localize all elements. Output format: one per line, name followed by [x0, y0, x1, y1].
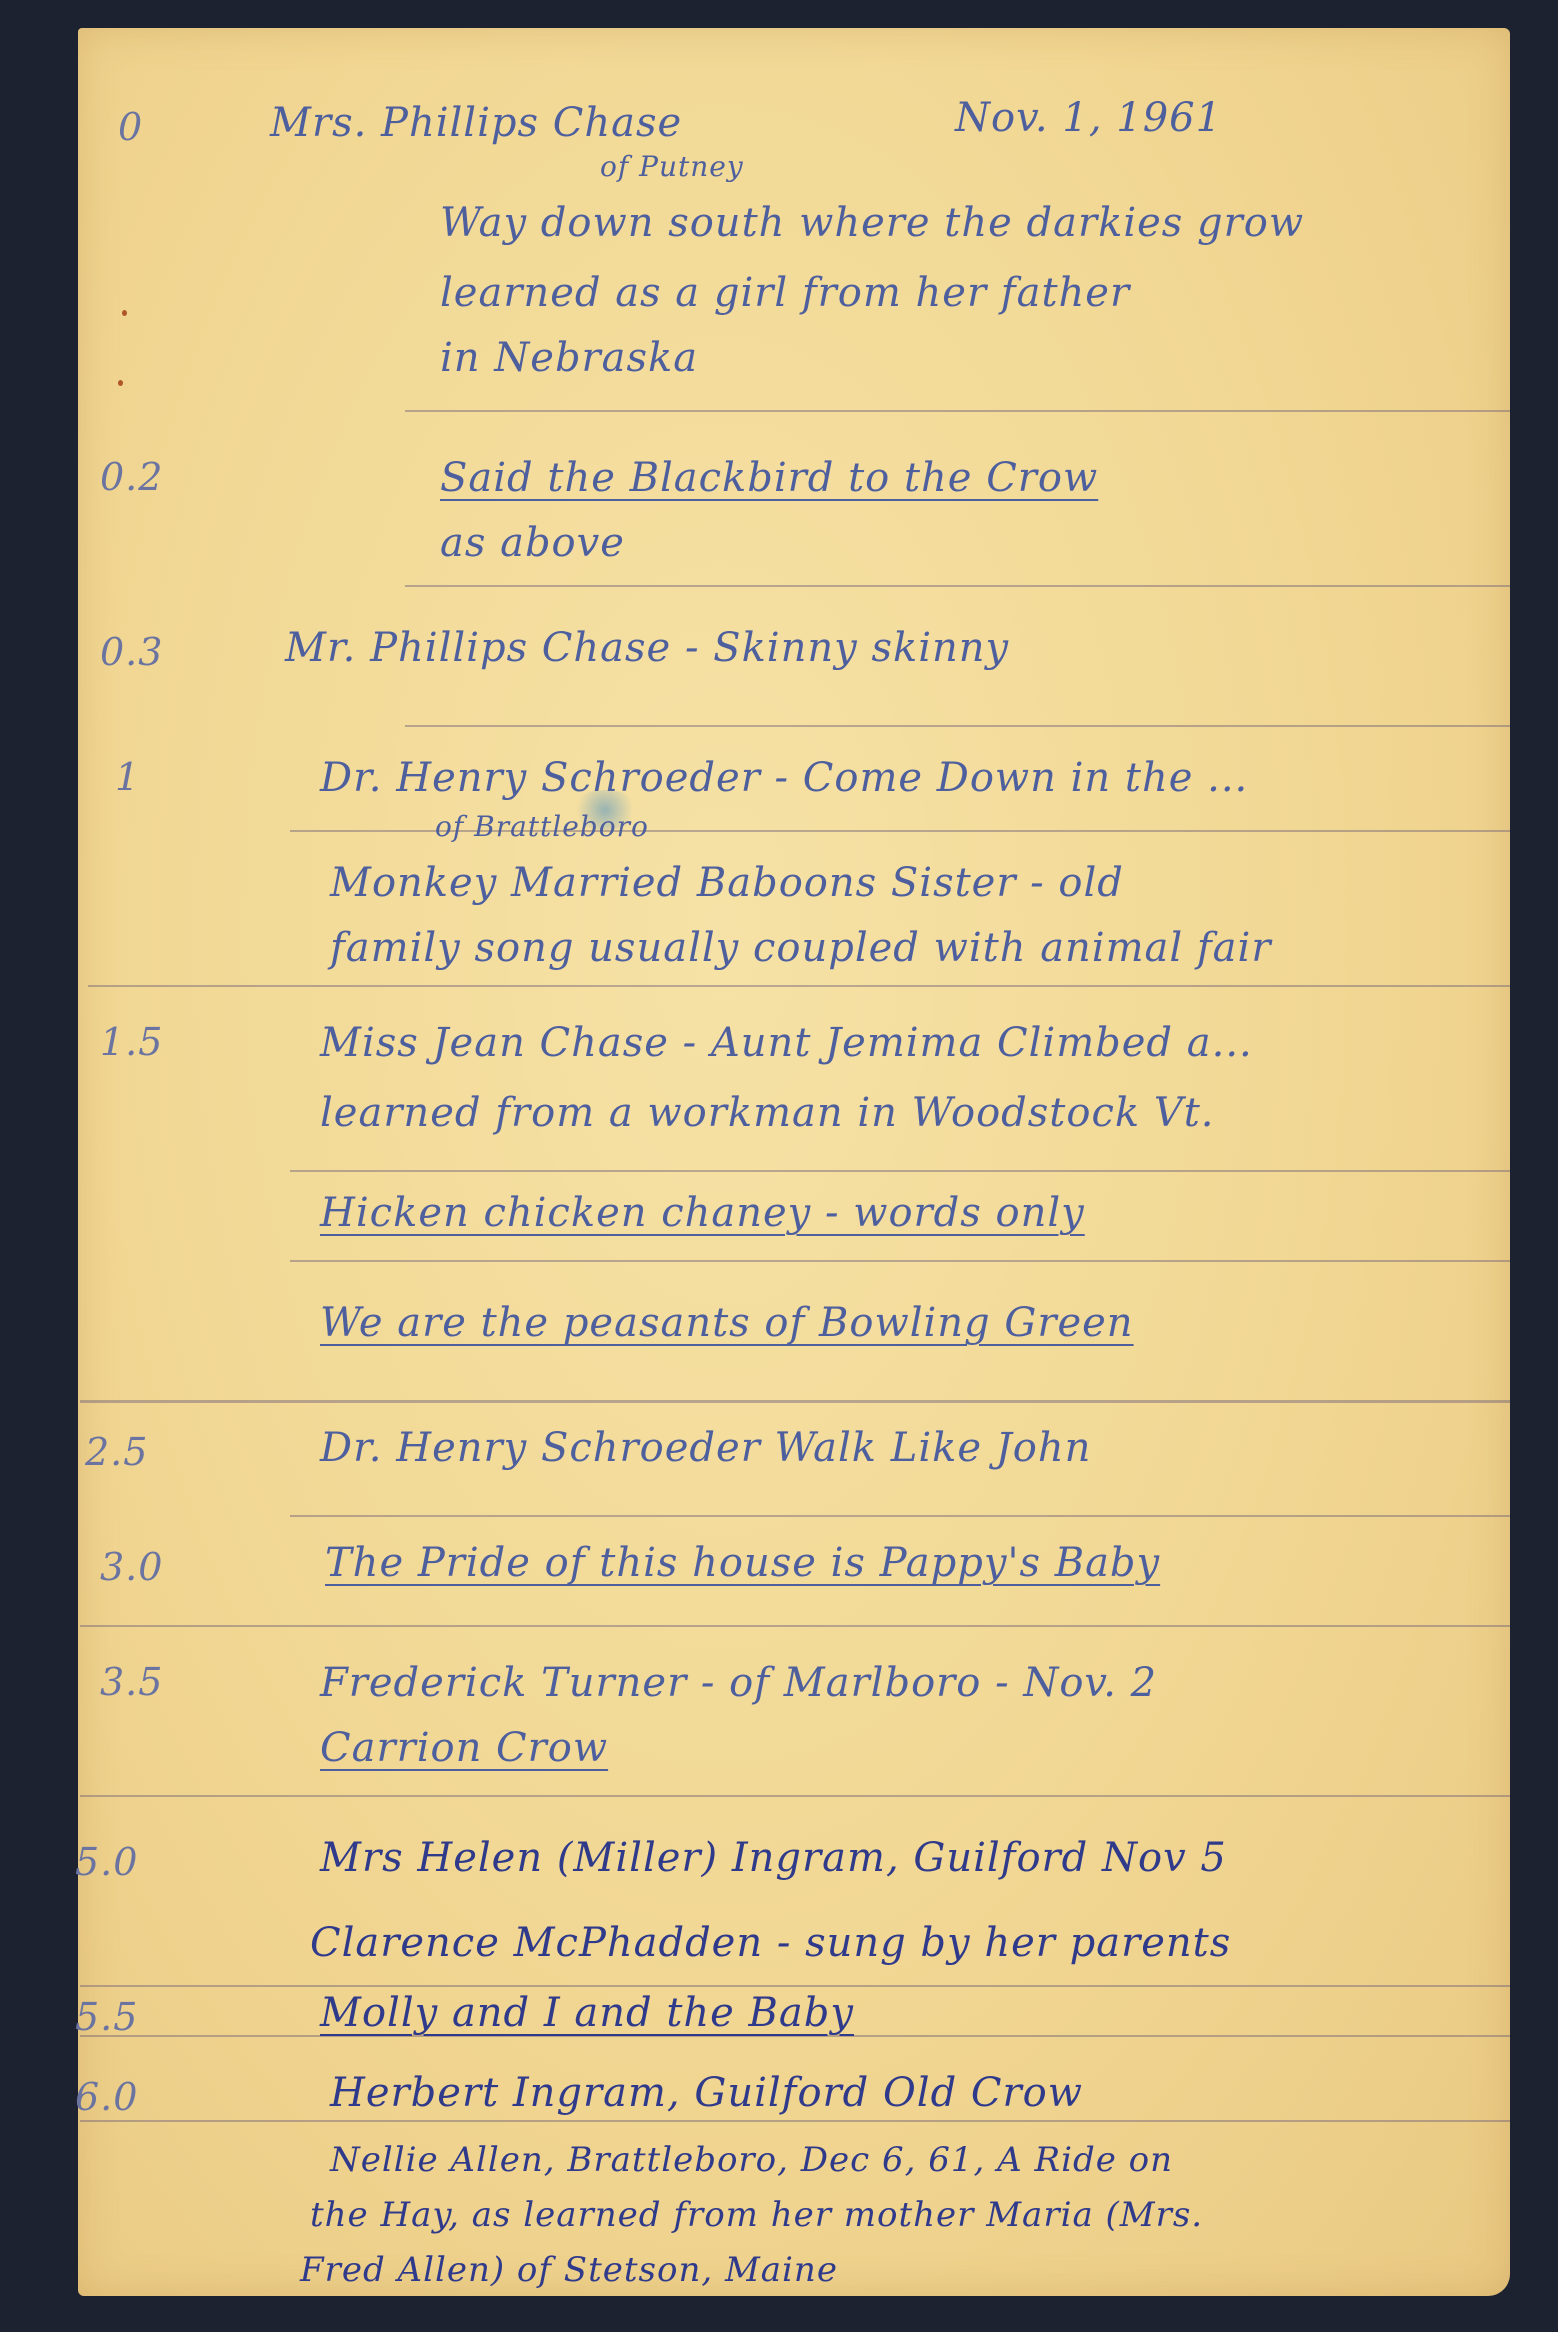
entry-6-0-note-1: Nellie Allen, Brattleboro, Dec 6, 61, A … — [330, 2140, 1173, 2180]
ruled-line — [290, 1260, 1510, 1262]
entry-0-note-2: in Nebraska — [440, 335, 698, 381]
entry-1-5-song-2: Hicken chicken chaney - words only — [320, 1190, 1085, 1236]
counter-0: 0 — [118, 105, 143, 149]
entry-0-place: of Putney — [600, 150, 744, 183]
entry-0-2-note: as above — [440, 520, 625, 566]
entry-0-2-song: Said the Blackbird to the Crow — [440, 455, 1098, 501]
entry-1-note: family song usually coupled with animal … — [330, 925, 1271, 971]
ruled-line — [405, 585, 1510, 587]
counter-0-2: 0.2 — [100, 455, 163, 499]
entry-5-0-song: Clarence McPhadden - sung by her parents — [310, 1920, 1231, 1966]
ruled-line — [80, 1400, 1510, 1403]
entry-6-0-note-3: Fred Allen) of Stetson, Maine — [300, 2250, 838, 2290]
entry-1-song: Monkey Married Baboons Sister - old — [330, 860, 1124, 906]
ruled-line — [405, 725, 1510, 727]
ruled-line — [80, 1985, 1510, 1987]
ruled-line — [88, 985, 1510, 987]
entry-5-0-name: Mrs Helen (Miller) Ingram, Guilford Nov … — [320, 1835, 1227, 1881]
entry-3-5-name: Frederick Turner - of Marlboro - Nov. 2 — [320, 1660, 1157, 1706]
entry-1-5-song-3: We are the peasants of Bowling Green — [320, 1300, 1134, 1346]
entry-0-3-line: Mr. Phillips Chase - Skinny skinny — [285, 625, 1009, 671]
rust-speck — [122, 310, 127, 316]
ruled-line — [80, 2120, 1510, 2122]
entry-0-song: Way down south where the darkies grow — [440, 200, 1304, 246]
ruled-line — [290, 1170, 1510, 1172]
entry-6-0-name: Herbert Ingram, Guilford Old Crow — [330, 2070, 1083, 2116]
counter-2-5: 2.5 — [85, 1430, 148, 1474]
entry-3-5-song: Carrion Crow — [320, 1725, 608, 1771]
counter-3-5: 3.5 — [100, 1660, 163, 1704]
entry-1-5-note: learned from a workman in Woodstock Vt. — [320, 1090, 1215, 1136]
entry-5-5-song: Molly and I and the Baby — [320, 1990, 854, 2036]
entry-2-5-line: Dr. Henry Schroeder Walk Like John — [320, 1425, 1091, 1471]
ruled-line — [290, 1515, 1510, 1517]
entry-1-5-name: Miss Jean Chase - Aunt Jemima Climbed a.… — [320, 1020, 1253, 1066]
counter-1: 1 — [115, 755, 140, 799]
ruled-line — [80, 1625, 1510, 1627]
counter-0-3: 0.3 — [100, 630, 163, 674]
rust-speck — [118, 380, 123, 386]
entry-0-name: Mrs. Phillips Chase — [270, 100, 682, 146]
counter-6-0: 6.0 — [75, 2075, 138, 2119]
counter-3-0: 3.0 — [100, 1545, 163, 1589]
ruled-line — [80, 1795, 1510, 1797]
counter-5-5: 5.5 — [75, 1995, 138, 2039]
entry-0-note-1: learned as a girl from her father — [440, 270, 1130, 316]
ruled-line — [405, 410, 1510, 412]
entry-1-place: of Brattleboro — [435, 810, 649, 843]
entry-6-0-note-2: the Hay, as learned from her mother Mari… — [310, 2195, 1203, 2235]
entry-1-name: Dr. Henry Schroeder - Come Down in the .… — [320, 755, 1248, 801]
entry-0-date: Nov. 1, 1961 — [955, 95, 1222, 141]
counter-5-0: 5.0 — [75, 1840, 138, 1884]
counter-1-5: 1.5 — [100, 1020, 163, 1064]
entry-3-0-song: The Pride of this house is Pappy's Baby — [325, 1540, 1160, 1586]
